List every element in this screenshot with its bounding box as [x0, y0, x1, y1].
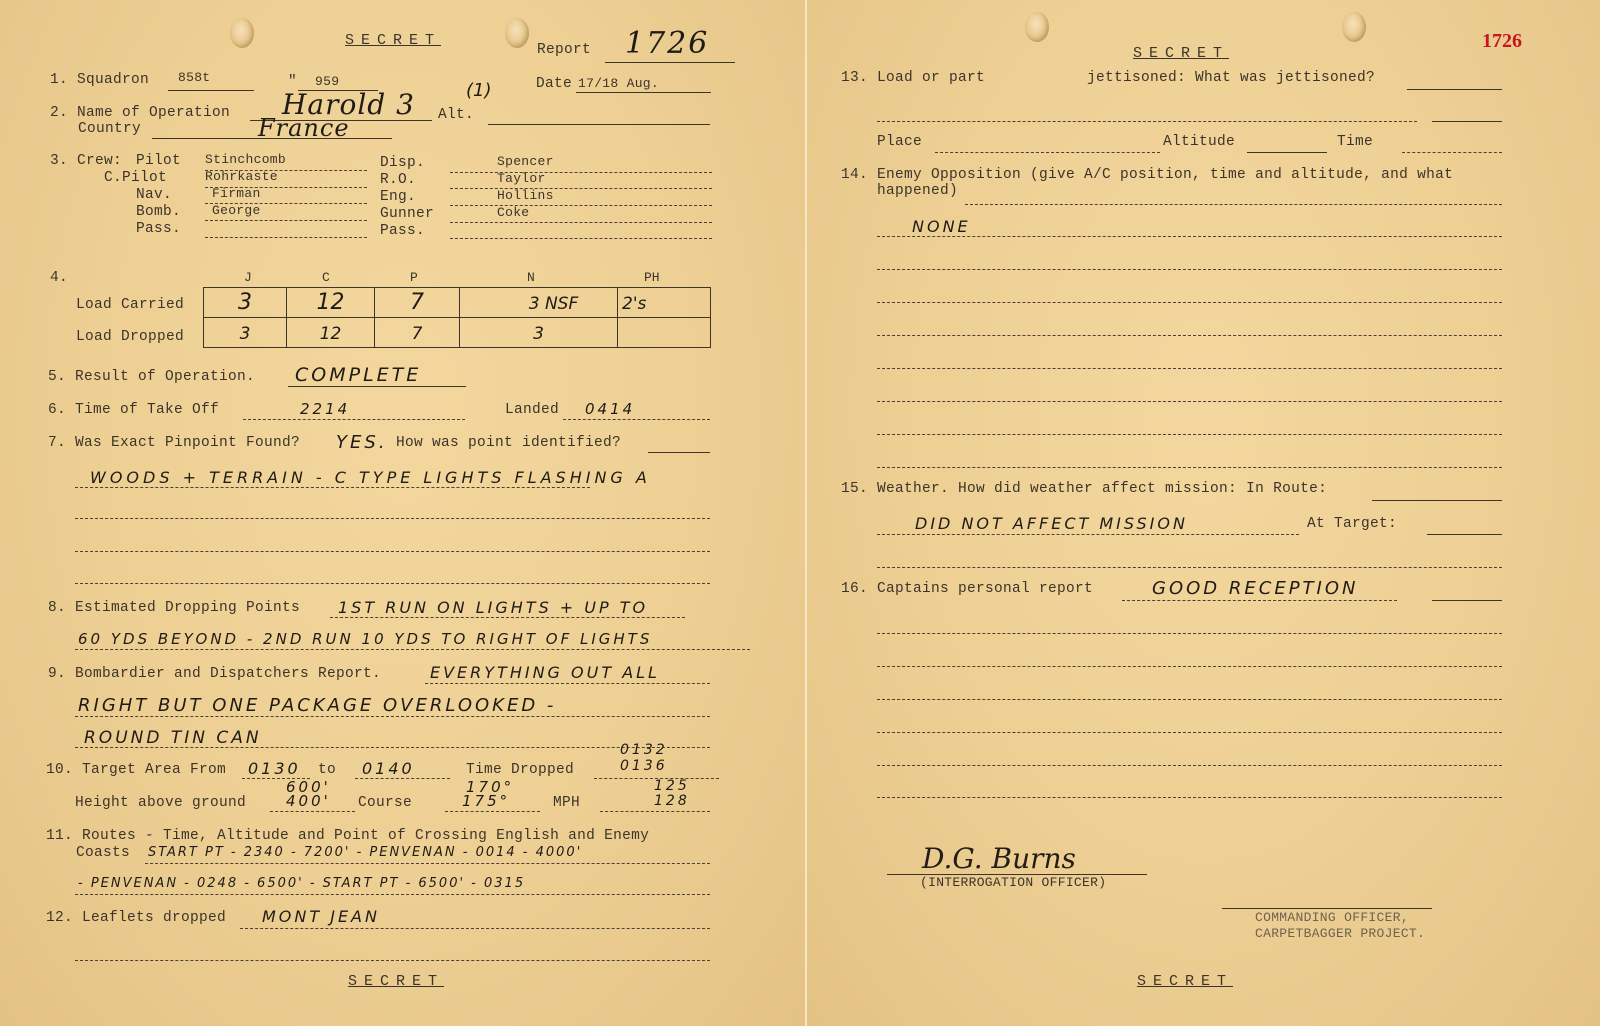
pinpoint-found-value: YES. [336, 432, 388, 453]
squadron-value: 858t [178, 70, 210, 85]
crew-name: Stinchcomb [205, 152, 286, 167]
routes-line1: START PT - 2340 - 7200' - PENVENAN - 001… [148, 845, 582, 860]
jettison-label: 13. Load or part [841, 70, 985, 86]
cell: 7 [375, 290, 459, 315]
operation-label: 2. Name of Operation [50, 105, 230, 121]
crew-name: Taylor [497, 171, 546, 186]
cell: 3 [204, 324, 286, 344]
report-number: 1726 [625, 26, 709, 61]
crew-role: Pass. [380, 223, 425, 239]
interrogation-officer-label: (INTERROGATION OFFICER) [920, 875, 1106, 890]
crew-name: George [212, 203, 261, 218]
classification-footer: SECRET [348, 973, 444, 990]
bombardier-report-line1: EVERYTHING OUT ALL [430, 663, 660, 682]
altitude-label: Altitude [1163, 134, 1235, 150]
dropping-points-line1: 1ST RUN ON LIGHTS + UP TO [338, 598, 648, 617]
country-label: Country [78, 121, 141, 137]
crew-role: R.O. [380, 172, 416, 188]
course-value-2: 175° [462, 792, 510, 810]
crew-role: Nav. [136, 187, 172, 203]
weather-value: DID NOT AFFECT MISSION [915, 514, 1188, 533]
routes-label-coasts: Coasts [76, 845, 130, 861]
weather-label: 15. Weather. How did weather affect miss… [841, 481, 1327, 497]
course-label: Course [358, 795, 412, 811]
identification-value: WOODS + TERRAIN - C TYPE LIGHTS FLASHING… [90, 468, 651, 487]
crew-name: Hollins [497, 188, 554, 203]
crew-role: Pass. [136, 221, 181, 237]
load-dropped-label: Load Dropped [76, 329, 184, 345]
crew-role: Disp. [380, 155, 425, 171]
jettison-question: jettisoned: What was jettisoned? [1087, 70, 1375, 86]
enemy-opposition-value: NONE [912, 217, 971, 236]
load-carried-row: 3 12 7 3 NSF 2's [204, 288, 711, 318]
crew-name: Rohrkaste [205, 169, 278, 184]
enemy-opposition-label-2: happened) [877, 183, 958, 199]
punch-hole [230, 18, 254, 48]
left-page: SECRET Report 1726 1. Squadron 858t " 95… [0, 0, 805, 1026]
crew-name: Spencer [497, 154, 554, 169]
col-header-ph: PH [644, 270, 660, 285]
classification-header: SECRET [1133, 45, 1229, 62]
target-to-label: to [318, 762, 336, 778]
classification-footer: SECRET [1137, 973, 1233, 990]
time-dropped-value-2: 0136 [620, 758, 668, 774]
landed-value: 0414 [585, 400, 635, 418]
col-header-j: J [244, 270, 252, 285]
date-label: Date [536, 76, 572, 92]
mph-label: MPH [553, 795, 580, 811]
punch-hole [505, 18, 529, 48]
routes-line2: - PENVENAN - 0248 - 6500' - START PT - 6… [78, 876, 525, 891]
interrogation-officer-signature: D.G. Burns [922, 842, 1076, 875]
routes-label: 11. Routes - Time, Altitude and Point of… [46, 828, 649, 844]
takeoff-label: 6. Time of Take Off [48, 402, 219, 418]
identification-label: How was point identified? [396, 435, 621, 451]
target-area-label: 10. Target Area From [46, 762, 226, 778]
col-header-c: C [322, 270, 330, 285]
crew-name: Firman [212, 186, 261, 201]
aircraft-value: 959 [315, 74, 339, 89]
height-label: Height above ground [75, 795, 246, 811]
mph-value-2: 128 [654, 793, 690, 809]
place-label: Place [877, 134, 922, 150]
punch-hole [1342, 12, 1366, 42]
load-table: 3 12 7 3 NSF 2's 3 12 7 3 [203, 287, 711, 348]
crew-role: Bomb. [136, 204, 181, 220]
report-label: Report [537, 42, 591, 58]
classification-header: SECRET [345, 32, 441, 49]
crew-name: Coke [497, 205, 529, 220]
dropping-points-line2: 60 YDS BEYOND - 2ND RUN 10 YDS TO RIGHT … [78, 630, 652, 648]
target-to-value: 0140 [362, 759, 415, 778]
leaflets-value: MONT JEAN [262, 907, 380, 926]
cell: 7 [375, 324, 459, 344]
result-value: COMPLETE [295, 364, 421, 386]
squadron-label: 1. Squadron [50, 72, 149, 88]
crew-label: 3. Crew: [50, 153, 122, 169]
cell: 3 [460, 324, 617, 344]
commanding-officer-label: COMMANDING OFFICER, [1255, 910, 1409, 925]
load-dropped-row: 3 12 7 3 [204, 318, 711, 348]
target-from-value: 0130 [248, 759, 301, 778]
col-header-p: P [410, 270, 418, 285]
captains-report-label: 16. Captains personal report [841, 581, 1093, 597]
crew-role: Gunner [380, 206, 434, 222]
cell: 3 NSF [490, 294, 617, 314]
height-value-2: 400' [286, 792, 331, 810]
crew-role: Eng. [380, 189, 416, 205]
result-label: 5. Result of Operation. [48, 369, 255, 385]
cell: 2's [622, 294, 710, 314]
bombardier-report-line3: ROUND TIN CAN [84, 728, 262, 748]
cell: 3 [204, 290, 286, 315]
landed-label: Landed [505, 402, 559, 418]
time-dropped-label: Time Dropped [466, 762, 574, 778]
bombardier-report-label: 9. Bombardier and Dispatchers Report. [48, 666, 381, 682]
pinpoint-label: 7. Was Exact Pinpoint Found? [48, 435, 300, 451]
archive-stamp-number: 1726 [1482, 30, 1522, 53]
punch-hole [1025, 12, 1049, 42]
right-page: 1726 SECRET 13. Load or part jettisoned:… [807, 0, 1600, 1026]
cell: 12 [287, 324, 374, 344]
mph-value-1: 125 [654, 778, 690, 794]
col-header-n: N [527, 270, 535, 285]
bombardier-report-line2: RIGHT BUT ONE PACKAGE OVERLOOKED - [78, 695, 556, 716]
at-target-label: At Target: [1307, 516, 1397, 532]
load-carried-label: Load Carried [76, 297, 184, 313]
cell: 12 [287, 290, 374, 315]
carpetbagger-project-label: CARPETBAGGER PROJECT. [1255, 926, 1425, 941]
load-section-label: 4. [50, 270, 68, 286]
time-label: Time [1337, 134, 1373, 150]
alt-label: Alt. [438, 107, 474, 123]
dropping-points-label: 8. Estimated Dropping Points [48, 600, 300, 616]
date-value: 17/18 Aug. [578, 76, 659, 91]
leaflets-label: 12. Leaflets dropped [46, 910, 226, 926]
crew-role: Pilot [136, 153, 181, 169]
crew-role: C.Pilot [104, 170, 167, 186]
time-dropped-value-1: 0132 [620, 742, 668, 758]
takeoff-value: 2214 [300, 400, 350, 418]
enemy-opposition-label: 14. Enemy Opposition (give A/C position,… [841, 167, 1453, 183]
captains-report-value: GOOD RECEPTION [1152, 578, 1358, 599]
operation-annotation: (1) [466, 80, 492, 101]
